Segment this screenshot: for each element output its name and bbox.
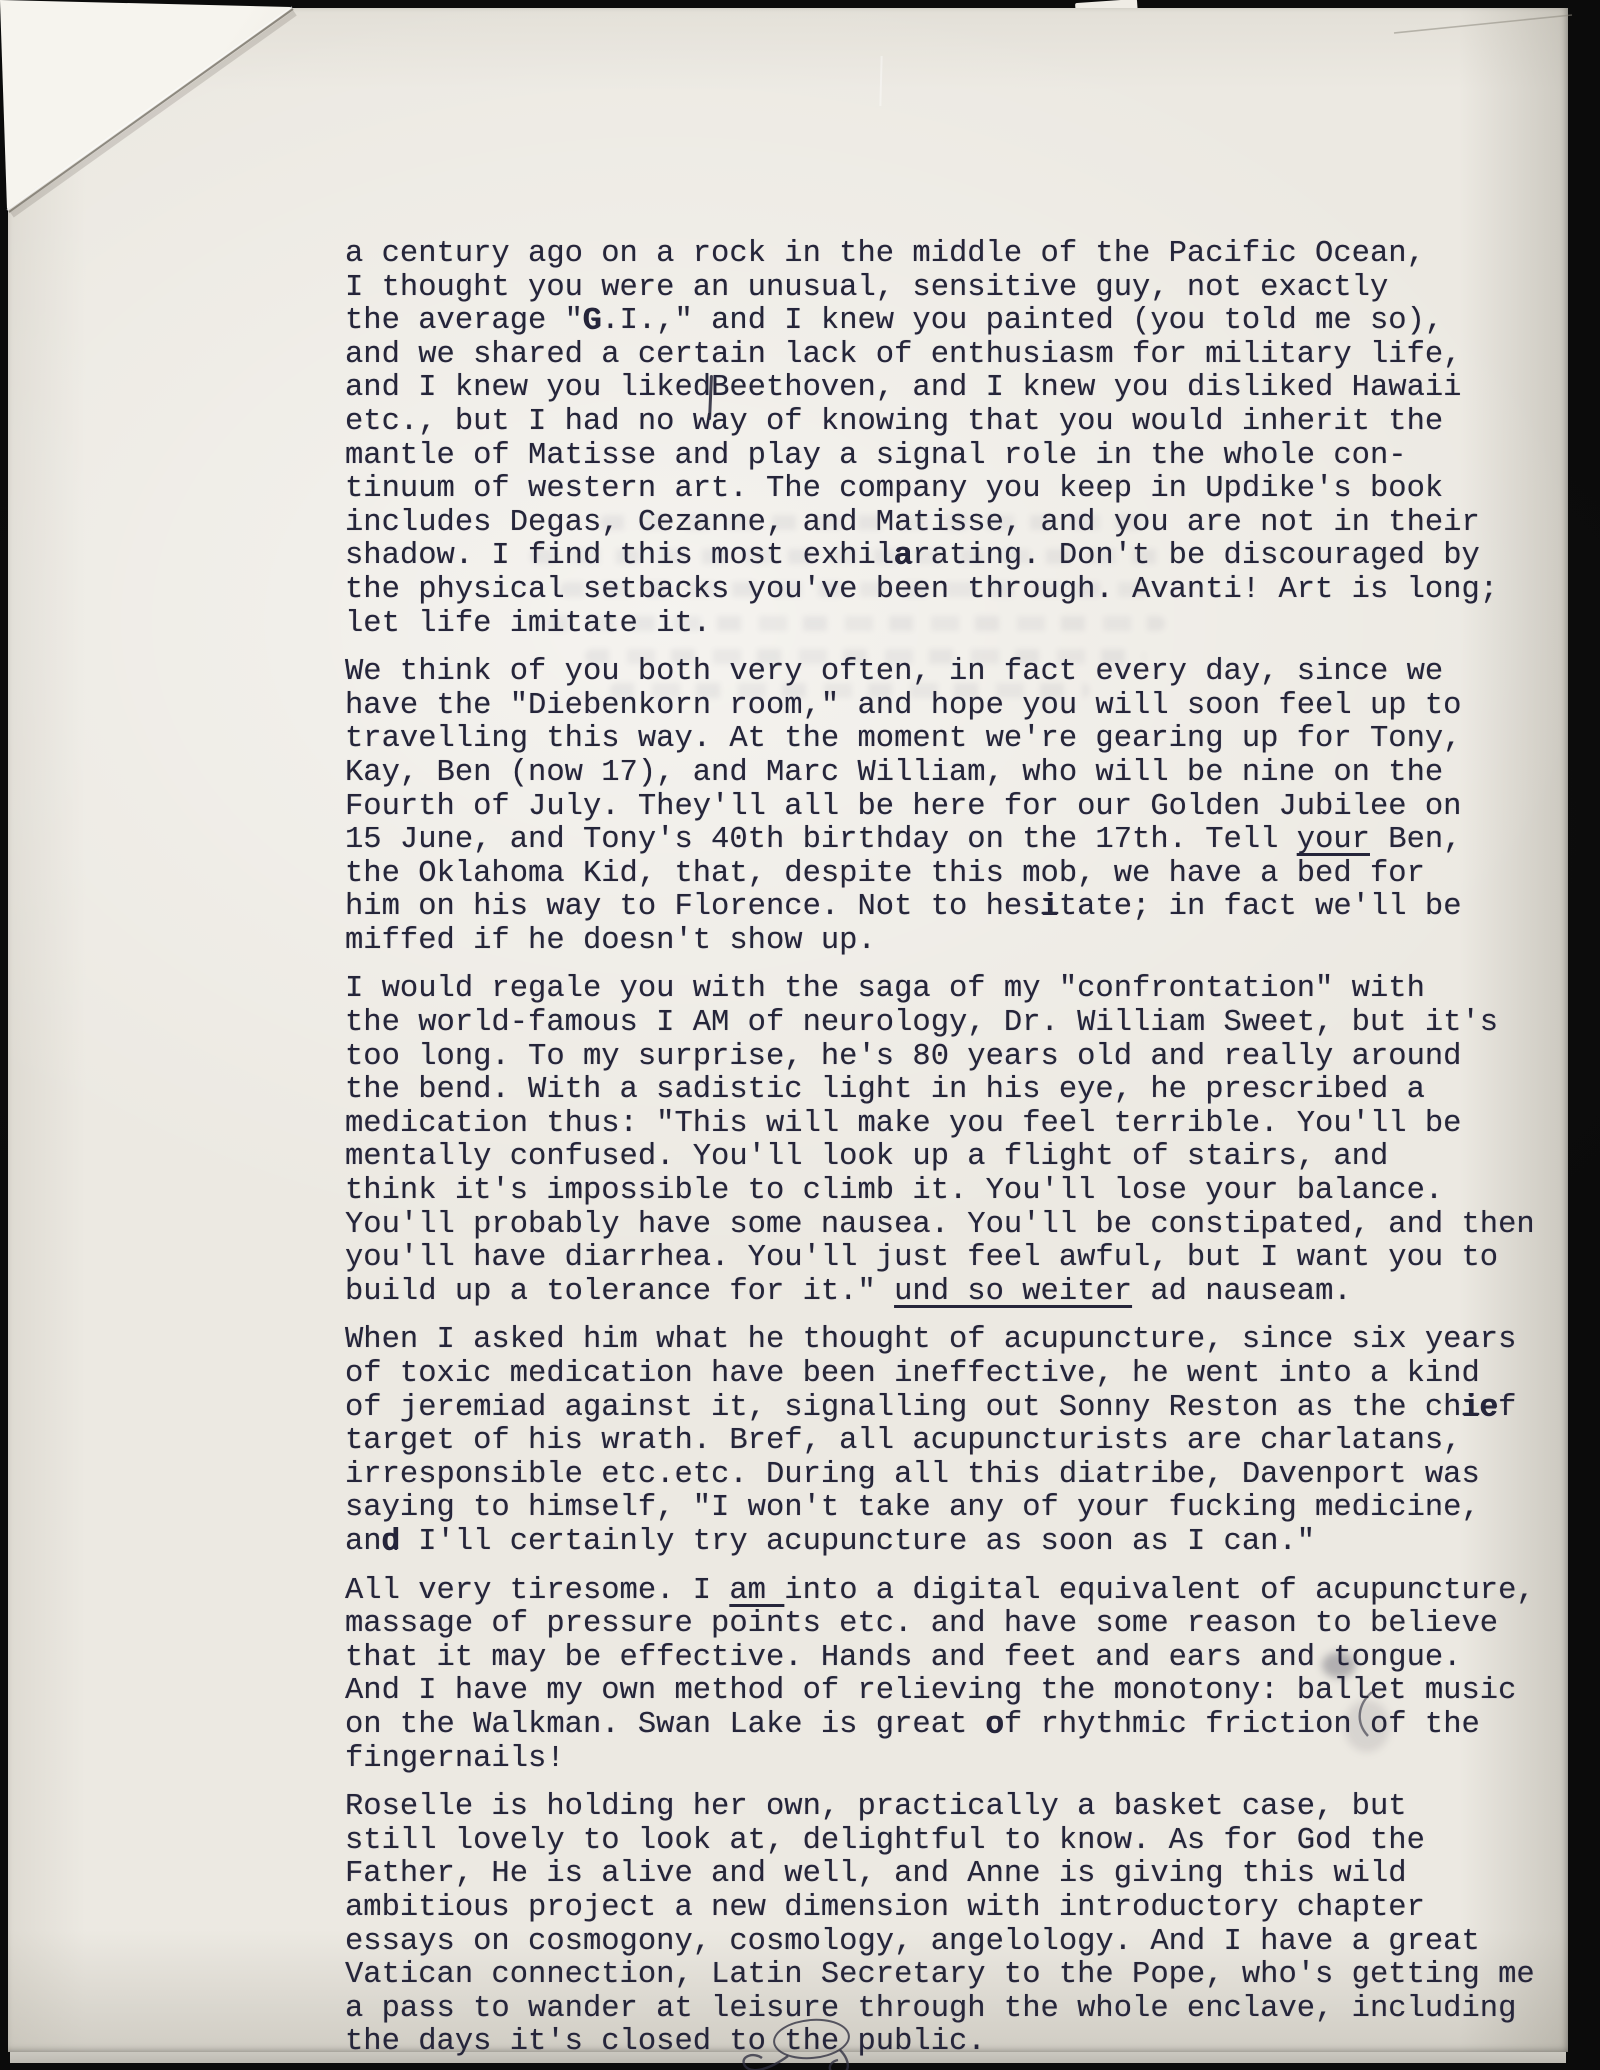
letter-text: a — [894, 539, 912, 573]
letter-text: Fourth of July. They'll all be here for … — [345, 790, 1461, 824]
letter-text: 15 June, and Tony's 40th birthday on the… — [345, 823, 1297, 857]
letter-text: a pass to wander at leisure through the … — [345, 1992, 1516, 2026]
letter-line: him on his way to Florence. Not to hesit… — [345, 891, 1535, 925]
letter-text: G — [583, 304, 601, 338]
letter-line: fingernails! — [345, 1743, 1535, 1777]
letter-text: of jeremiad against it, signalling out S… — [345, 1391, 1461, 1425]
letter-line: target of his wrath. Bref, all acupunctu… — [345, 1425, 1535, 1459]
letter-text: think it's impossible to climb it. You'l… — [345, 1174, 1443, 1208]
letter-text: fingernails! — [345, 1742, 565, 1776]
letter-line: And I have my own method of relieving th… — [345, 1675, 1535, 1709]
letter-line: miffed if he doesn't show up. — [345, 925, 1535, 959]
letter-line: ambitious project a new dimension with i… — [345, 1892, 1535, 1926]
letter-line: essays on cosmogony, cosmology, angelolo… — [345, 1926, 1535, 1960]
letter-line: We think of you both very often, in fact… — [345, 656, 1535, 690]
letter-text: massage of pressure points etc. and have… — [345, 1607, 1498, 1641]
letter-line: a century ago on a rock in the middle of… — [345, 238, 1535, 272]
letter-line: mentally confused. You'll look up a flig… — [345, 1141, 1535, 1175]
letter-line: a pass to wander at leisure through the … — [345, 1993, 1535, 2027]
letter-text: ie — [1461, 1391, 1498, 1425]
letter-line: the Oklahoma Kid, that, despite this mob… — [345, 858, 1535, 892]
letter-text: Father, He is alive and well, and Anne i… — [345, 1857, 1407, 1891]
letter-text: still lovely to look at, delightful to k… — [345, 1824, 1425, 1858]
letter-text: travelling this way. At the moment we're… — [345, 722, 1461, 756]
letter-line: I thought you were an unusual, sensitive… — [345, 272, 1535, 306]
letter-text: medication thus: "This will make you fee… — [345, 1107, 1461, 1141]
letter-text: of toxic medication have been ineffectiv… — [345, 1357, 1480, 1391]
letter-text: a century ago on a rock in the middle of… — [345, 237, 1425, 271]
letter-text: I would regale you with the saga of my "… — [345, 972, 1425, 1006]
letter-text: am — [729, 1574, 784, 1608]
letter-text: the bend. With a sadistic light in his e… — [345, 1073, 1425, 1107]
letter-text: the Oklahoma Kid, that, despite this mob… — [345, 857, 1425, 891]
letter-text: too long. To my surprise, he's 80 years … — [345, 1040, 1461, 1074]
letter-text: an — [345, 1525, 382, 1559]
letter-text: When I asked him what he thought of acup… — [345, 1323, 1516, 1357]
letter-text: ad nauseam. — [1132, 1275, 1352, 1309]
letter-text: i — [1041, 890, 1059, 924]
letter-line: Fourth of July. They'll all be here for … — [345, 791, 1535, 825]
letter-line: too long. To my surprise, he's 80 years … — [345, 1041, 1535, 1075]
letter-line: that it may be effective. Hands and feet… — [345, 1642, 1535, 1676]
letter-line: Kay, Ben (now 17), and Marc William, who… — [345, 757, 1535, 791]
letter-text: the world-famous I AM of neurology, Dr. … — [345, 1006, 1498, 1040]
letter-line: and I'll certainly try acupuncture as so… — [345, 1526, 1535, 1560]
letter-text: the average " — [345, 304, 583, 338]
letter-line: travelling this way. At the moment we're… — [345, 723, 1535, 757]
letter-line: When I asked him what he thought of acup… — [345, 1324, 1535, 1358]
letter-line: and I knew you likedBeethoven, and I kne… — [345, 372, 1535, 406]
letter-text: tinuum of western art. The company you k… — [345, 472, 1443, 506]
letter-line: All very tiresome. I am into a digital e… — [345, 1575, 1535, 1609]
letter-text: ambitious project a new dimension with i… — [345, 1891, 1425, 1925]
letter-text: o — [986, 1708, 1004, 1742]
letter-text: Kay, Ben (now 17), and Marc William, who… — [345, 756, 1443, 790]
letter-line: Father, He is alive and well, and Anne i… — [345, 1858, 1535, 1892]
letter-line: the average "G.I.," and I knew you paint… — [345, 305, 1535, 339]
letter-line: build up a tolerance for it." und so wei… — [345, 1276, 1535, 1310]
letter-text: mentally confused. You'll look up a flig… — [345, 1140, 1388, 1174]
letter-text: d — [382, 1525, 400, 1559]
letter-text: have the "Diebenkorn room," and hope you… — [345, 689, 1461, 723]
letter-text: I'll certainly try acupuncture as soon a… — [400, 1525, 1315, 1559]
letter-text: etc., but I had no way of knowing that y… — [345, 405, 1443, 439]
letter-text: shadow. I find this most exhil — [345, 539, 894, 573]
letter-text: You'll probably have some nausea. You'll… — [345, 1208, 1535, 1242]
letter-line: let life imitate it. — [345, 608, 1535, 642]
letter-text: All very tiresome. I — [345, 1574, 729, 1608]
letter-text: tate; in fact we'll be — [1059, 890, 1462, 924]
letter-line: think it's impossible to climb it. You'l… — [345, 1175, 1535, 1209]
letter-line: shadow. I find this most exhilarating. D… — [345, 540, 1535, 574]
letter-text: irresponsible etc.etc. During all this d… — [345, 1458, 1480, 1492]
letter-line: tinuum of western art. The company you k… — [345, 473, 1535, 507]
letter-paragraph: We think of you both very often, in fact… — [345, 656, 1535, 958]
letter-paragraph: a century ago on a rock in the middle of… — [345, 238, 1535, 641]
letter-paragraph: I would regale you with the saga of my "… — [345, 973, 1535, 1309]
letter-text: the physical setbacks you've been throug… — [345, 573, 1498, 607]
letter-line: and we shared a certain lack of enthusia… — [345, 339, 1535, 373]
letter-text: and I knew you liked — [345, 371, 711, 405]
letter-line: massage of pressure points etc. and have… — [345, 1608, 1535, 1642]
paper-scratch — [879, 56, 882, 106]
letter-text: the days it's closed to — [345, 2025, 784, 2059]
letter-text: mantle of Matisse and play a signal role… — [345, 439, 1407, 473]
letter-line: includes Degas, Cezanne, and Matisse, an… — [345, 507, 1535, 541]
letter-paragraph: Roselle is holding her own, practically … — [345, 1791, 1535, 2060]
letter-text: miffed if he doesn't show up. — [345, 924, 876, 958]
letter-text: rating. Don't be discouraged by — [912, 539, 1479, 573]
letter-line: Vatican connection, Latin Secretary to t… — [345, 1959, 1535, 1993]
letter-text: We think of you both very often, in fact… — [345, 655, 1443, 689]
letter-line: etc., but I had no way of knowing that y… — [345, 406, 1535, 440]
letter-text: Ben, — [1370, 823, 1462, 857]
letter-line: I would regale you with the saga of my "… — [345, 973, 1535, 1007]
letter-text: that it may be effective. Hands and feet… — [345, 1641, 1461, 1675]
letter-line: irresponsible etc.etc. During all this d… — [345, 1459, 1535, 1493]
letter-line: the days it's closed to the public. — [345, 2026, 1535, 2060]
letter-line: 15 June, and Tony's 40th birthday on the… — [345, 824, 1535, 858]
letter-paragraph: All very tiresome. I am into a digital e… — [345, 1575, 1535, 1777]
letter-text: let life imitate it. — [345, 607, 711, 641]
letter-text: and we shared a certain lack of enthusia… — [345, 338, 1461, 372]
circled-word: the — [784, 2025, 839, 2059]
letter-text: public. — [839, 2025, 985, 2059]
letter-line: of jeremiad against it, signalling out S… — [345, 1392, 1535, 1426]
letter-line: saying to himself, "I won't take any of … — [345, 1492, 1535, 1526]
letter-line: medication thus: "This will make you fee… — [345, 1108, 1535, 1142]
letter-text: And I have my own method of relieving th… — [345, 1674, 1516, 1708]
letter-text: him on his way to Florence. Not to hes — [345, 890, 1041, 924]
letter-text: saying to himself, "I won't take any of … — [345, 1491, 1480, 1525]
letter-text: Vatican connection, Latin Secretary to t… — [345, 1958, 1535, 1992]
letter-text: target of his wrath. Bref, all acupunctu… — [345, 1424, 1461, 1458]
letter-text: Roselle is holding her own, practically … — [345, 1790, 1407, 1824]
letter-text: essays on cosmogony, cosmology, angelolo… — [345, 1925, 1480, 1959]
letter-line: mantle of Matisse and play a signal role… — [345, 440, 1535, 474]
letter-text: includes Degas, Cezanne, and Matisse, an… — [345, 506, 1480, 540]
letter-text: your — [1297, 823, 1370, 857]
letter-text: you'll have diarrhea. You'll just feel a… — [345, 1241, 1498, 1275]
letter-line: the physical setbacks you've been throug… — [345, 574, 1535, 608]
letter-body: a century ago on a rock in the middle of… — [345, 238, 1535, 2070]
letter-text: on the Walkman. Swan Lake is great — [345, 1708, 986, 1742]
letter-text: build up a tolerance for it." — [345, 1275, 894, 1309]
letter-paragraph: When I asked him what he thought of acup… — [345, 1324, 1535, 1559]
letter-line: still lovely to look at, delightful to k… — [345, 1825, 1535, 1859]
letter-line: the bend. With a sadistic light in his e… — [345, 1074, 1535, 1108]
letter-line: Roselle is holding her own, practically … — [345, 1791, 1535, 1825]
letter-text: I thought you were an unusual, sensitive… — [345, 271, 1388, 305]
letter-text: Beethoven, and I knew you disliked Hawai… — [711, 371, 1461, 405]
letter-text: .I.," and I knew you painted (you told m… — [601, 304, 1443, 338]
letter-line: on the Walkman. Swan Lake is great of rh… — [345, 1709, 1535, 1743]
letter-text: into a digital equivalent of acupuncture… — [784, 1574, 1534, 1608]
letter-line: You'll probably have some nausea. You'll… — [345, 1209, 1535, 1243]
letter-text: f rhythmic friction of the — [1004, 1708, 1480, 1742]
letter-line: you'll have diarrhea. You'll just feel a… — [345, 1242, 1535, 1276]
letter-text: und so weiter — [894, 1275, 1132, 1309]
letter-line: of toxic medication have been ineffectiv… — [345, 1358, 1535, 1392]
letter-text: f — [1498, 1391, 1516, 1425]
letter-line: the world-famous I AM of neurology, Dr. … — [345, 1007, 1535, 1041]
letter-line: have the "Diebenkorn room," and hope you… — [345, 690, 1535, 724]
